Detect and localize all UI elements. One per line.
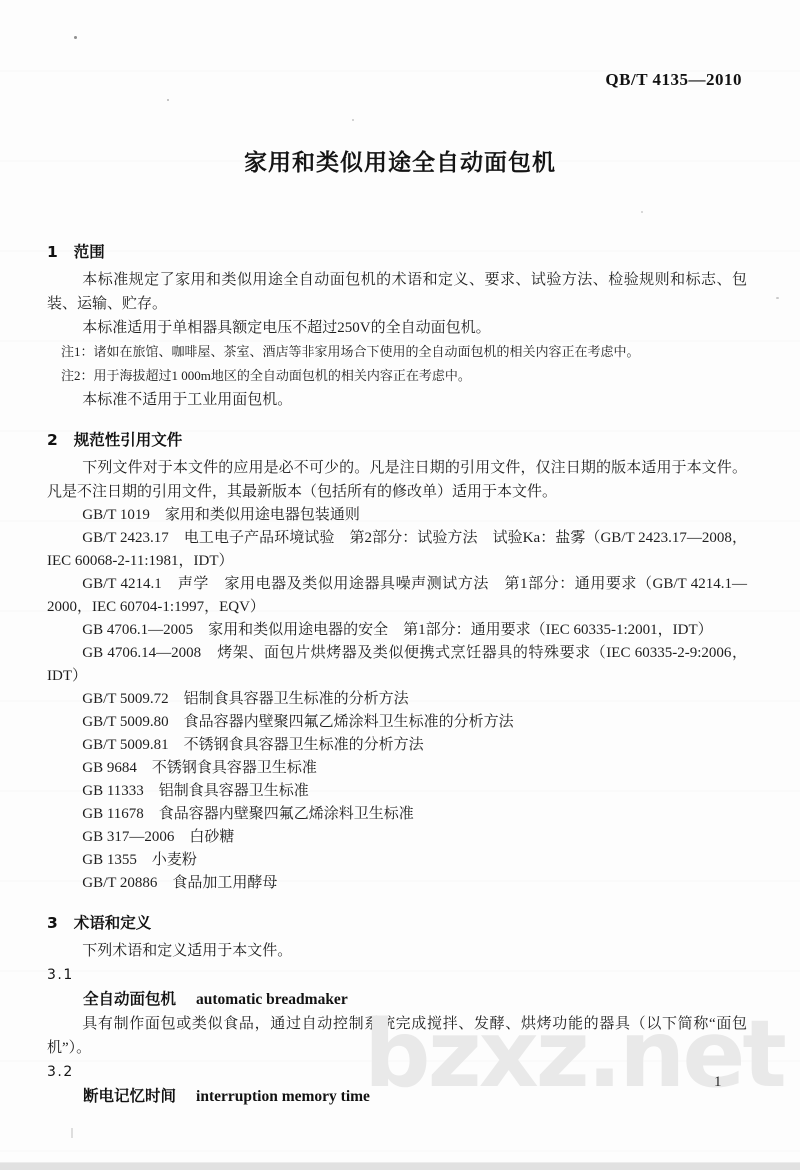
scope-paragraph: 本标准不适用于工业用面包机。 (47, 388, 747, 412)
scope-note-1: 注1：诸如在旅馆、咖啡屋、茶室、酒店等非家用场合下使用的全自动面包机的相关内容正… (47, 340, 747, 364)
section-heading-terms: 3术语和定义 (47, 911, 747, 935)
section-number: 3 (47, 914, 58, 932)
reference-item: GB 11333 铝制食具容器卫生标准 (47, 780, 747, 803)
reference-item: GB/T 2423.17 电工电子产品环境试验 第2部分：试验方法 试验Ka：盐… (47, 527, 747, 573)
scan-speck (71, 1128, 73, 1138)
reference-item: GB 9684 不锈钢食具容器卫生标准 (47, 757, 747, 780)
term-chinese: 断电记忆时间 (83, 1087, 176, 1105)
section-title: 范围 (74, 243, 105, 261)
document-body: 1范围 本标准规定了家用和类似用途全自动面包机的术语和定义、要求、试验方法、检验… (47, 224, 747, 1109)
scan-speck (641, 211, 643, 213)
reference-item: GB 4706.14—2008 烤架、面包片烘烤器及类似便携式烹饪器具的特殊要求… (47, 642, 747, 688)
scope-paragraph: 本标准规定了家用和类似用途全自动面包机的术语和定义、要求、试验方法、检验规则和标… (47, 268, 747, 316)
reference-item: GB/T 5009.80 食品容器内壁聚四氟乙烯涂料卫生标准的分析方法 (47, 711, 747, 734)
standard-number: QB/T 4135—2010 (605, 70, 742, 90)
term-definition: 具有制作面包或类似食品，通过自动控制系统完成搅拌、发酵、烘烤功能的器具（以下简称… (47, 1012, 747, 1060)
section-title: 规范性引用文件 (74, 431, 183, 449)
reference-item: GB 1355 小麦粉 (47, 849, 747, 872)
scan-speck (352, 119, 354, 121)
term-number: 3.2 (47, 1060, 747, 1084)
reference-item: GB 317—2006 白砂糖 (47, 826, 747, 849)
term-english: interruption memory time (196, 1088, 370, 1105)
term-chinese: 全自动面包机 (83, 990, 176, 1008)
term-number: 3.1 (47, 963, 747, 987)
scan-speck (167, 99, 169, 101)
reference-item: GB/T 1019 家用和类似用途电器包装通则 (47, 504, 747, 527)
section-heading-references: 2规范性引用文件 (47, 428, 747, 452)
reference-item: GB/T 5009.72 铝制食具容器卫生标准的分析方法 (47, 688, 747, 711)
section-number: 2 (47, 431, 58, 449)
scope-paragraph: 本标准适用于单相器具额定电压不超过250V的全自动面包机。 (47, 316, 747, 340)
reference-item: GB/T 20886 食品加工用酵母 (47, 872, 747, 895)
references-intro: 下列文件对于本文件的应用是必不可少的。凡是注日期的引用文件，仅注日期的版本适用于… (47, 456, 747, 504)
section-heading-scope: 1范围 (47, 240, 747, 264)
reference-item: GB 11678 食品容器内壁聚四氟乙烯涂料卫生标准 (47, 803, 747, 826)
scan-edge-band (0, 1162, 800, 1170)
scope-note-2: 注2：用于海拔超过1 000m地区的全自动面包机的相关内容正在考虑中。 (47, 364, 747, 388)
reference-item: GB/T 5009.81 不锈钢食具容器卫生标准的分析方法 (47, 734, 747, 757)
scan-speck (74, 36, 77, 39)
term-entry: 全自动面包机automatic breadmaker (47, 987, 747, 1012)
scan-speck (776, 297, 779, 299)
section-number: 1 (47, 243, 58, 261)
reference-item: GB/T 4214.1 声学 家用电器及类似用途器具噪声测试方法 第1部分：通用… (47, 573, 747, 619)
page-number: 1 (714, 1074, 722, 1091)
document-title: 家用和类似用途全自动面包机 (0, 144, 800, 177)
scanned-document-page: QB/T 4135—2010 家用和类似用途全自动面包机 1范围 本标准规定了家… (0, 0, 800, 1170)
term-english: automatic breadmaker (196, 991, 348, 1008)
reference-item: GB 4706.1—2005 家用和类似用途电器的安全 第1部分：通用要求（IE… (47, 619, 747, 642)
section-title: 术语和定义 (74, 914, 152, 932)
terms-intro: 下列术语和定义适用于本文件。 (47, 939, 747, 963)
term-entry: 断电记忆时间interruption memory time (47, 1084, 747, 1109)
